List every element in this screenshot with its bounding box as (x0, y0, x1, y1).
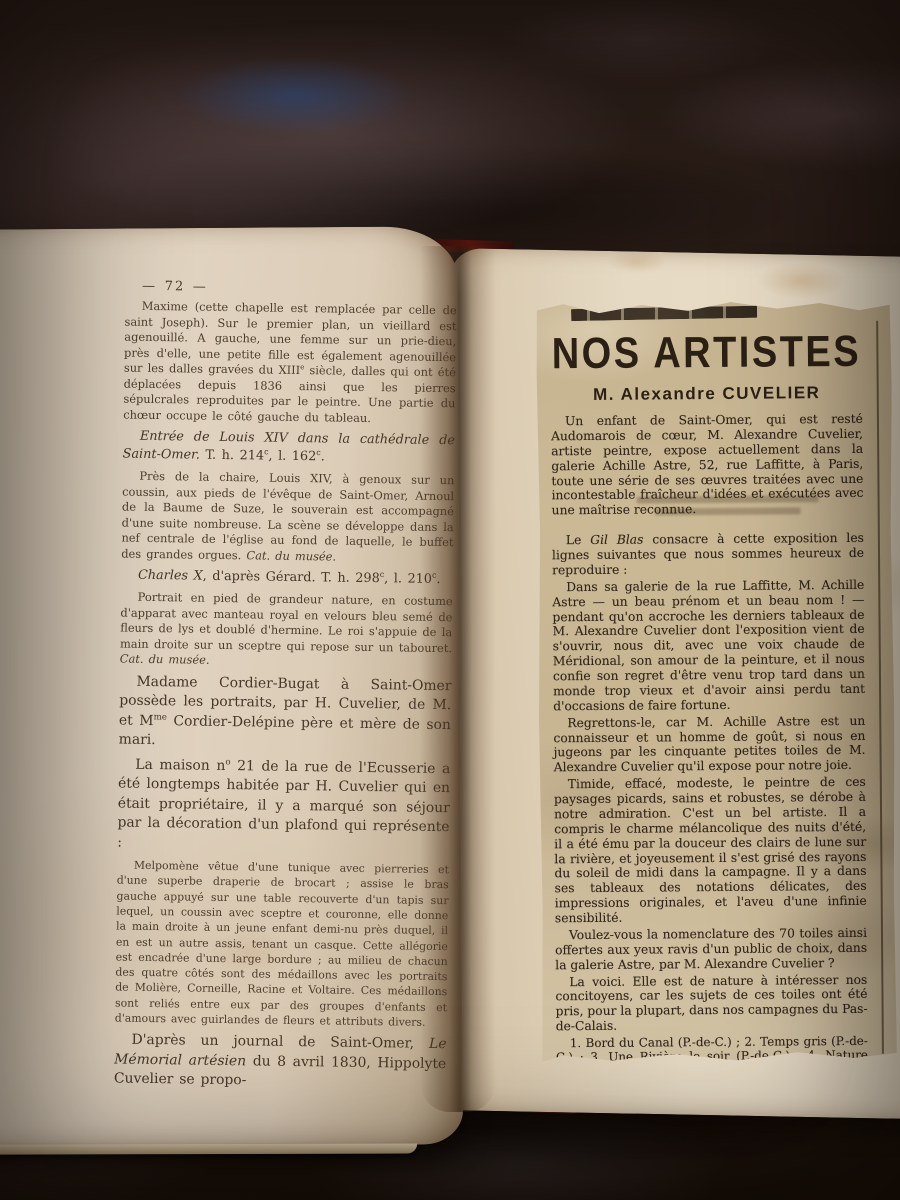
paragraph: Le Gil Blas consacre à cette exposition … (552, 531, 864, 578)
clipping-paragraphs: Un enfant de Saint-Omer, qui est resté A… (551, 412, 869, 1064)
paragraph: Melpomène vêtue d'une tunique avec pierr… (115, 858, 449, 1031)
paragraph: La maison no 21 de la rue de l'Ecusserie… (117, 755, 450, 857)
paragraph: Timide, effacé, modeste, le peintre de c… (554, 775, 867, 926)
paragraph: Portrait en pied de grandeur nature, en … (120, 590, 453, 672)
paragraph: Entrée de Louis XIV dans la cathédrale d… (123, 428, 455, 469)
clipping-subheadline: M. Alexandre CUVELIER (551, 383, 863, 405)
paragraph: La voici. Elle est de nature à intéresse… (555, 972, 867, 1034)
paragraph: D'après un journal de Saint-Omer, Le Mém… (114, 1031, 447, 1094)
paragraph: Regrettons-le, car M. Achille Astre est … (553, 713, 865, 775)
paragraph: Un enfant de Saint-Omer, qui est resté A… (551, 412, 864, 519)
paragraph: Charles X, d'après Gérard. T. h. 298c, l… (121, 567, 453, 590)
paragraph: Voulez-vous la nomenclature des 70 toile… (555, 926, 867, 973)
paragraph: Maxime (cette chapelle est remplacée par… (123, 299, 457, 428)
page-number: — 72 — (125, 279, 457, 299)
newspaper-clipping: NOS ARTISTES M. Alexandre CUVELIER Un en… (535, 299, 897, 1064)
clipping-headline: NOS ARTISTES (550, 328, 862, 380)
paragraph: Madame Cordier-Bugat à Saint-Omer possèd… (119, 673, 452, 756)
paragraph: Près de la chaire, Louis XIV, à genoux s… (121, 469, 454, 567)
left-page-paragraphs: Maxime (cette chapelle est remplacée par… (114, 299, 457, 1094)
clipping-text-column: NOS ARTISTES M. Alexandre CUVELIER Un en… (535, 299, 897, 1064)
left-page-text-column: — 72 — Maxime (cette chapelle est rempla… (114, 279, 457, 1099)
book-left-page: — 72 — Maxime (cette chapelle est rempla… (0, 226, 463, 1147)
paragraph: Dans sa galerie de la rue Laffitte, M. A… (552, 578, 865, 714)
